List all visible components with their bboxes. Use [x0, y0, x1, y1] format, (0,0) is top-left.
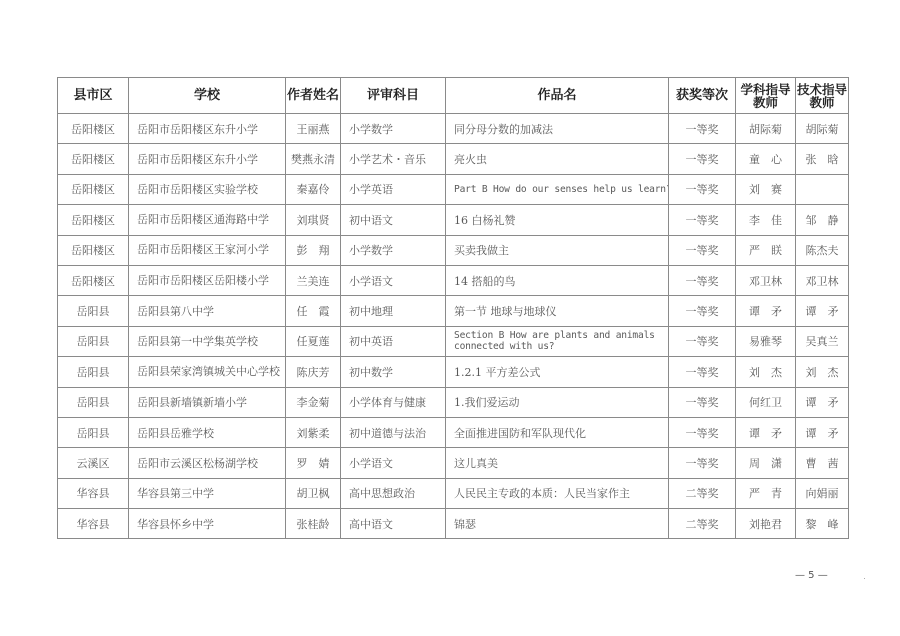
- cell-subject: 初中地理: [341, 296, 446, 326]
- cell-district: 岳阳楼区: [58, 235, 129, 265]
- award-results-table: 县市区 学校 作者姓名 评审科目 作品名 获奖等次 学科指导教师 技术指导教师 …: [57, 77, 849, 539]
- cell-award: 一等奖: [669, 114, 736, 144]
- table-header: 县市区 学校 作者姓名 评审科目 作品名 获奖等次 学科指导教师 技术指导教师: [58, 78, 849, 114]
- cell-subject-teacher: 李 佳: [736, 205, 796, 235]
- cell-school: 岳阳市岳阳楼区通海路中学: [129, 205, 286, 235]
- header-award-level: 获奖等次: [669, 78, 736, 114]
- cell-tech-teacher: 吴真兰: [796, 326, 849, 356]
- cell-award: 二等奖: [669, 478, 736, 508]
- cell-award: 一等奖: [669, 144, 736, 174]
- cell-author: 任 霞: [286, 296, 341, 326]
- cell-district: 岳阳县: [58, 387, 129, 417]
- table-row: 岳阳县 岳阳县岳雅学校 刘紫柔 初中道德与法治 全面推进国防和军队现代化 一等奖…: [58, 417, 849, 447]
- cell-tech-teacher: 谭 矛: [796, 296, 849, 326]
- cell-author: 樊燕永清: [286, 144, 341, 174]
- cell-author: 秦嘉伶: [286, 174, 341, 204]
- cell-subject: 高中语文: [341, 509, 446, 539]
- cell-subject: 小学语文: [341, 265, 446, 295]
- cell-subject-teacher: 谭 矛: [736, 296, 796, 326]
- cell-work-title: 16 白杨礼赞: [446, 205, 669, 235]
- cell-school: 岳阳市岳阳楼区东升小学: [129, 114, 286, 144]
- cell-subject: 初中数学: [341, 357, 446, 387]
- cell-district: 岳阳县: [58, 296, 129, 326]
- cell-work-title: 亮火虫: [446, 144, 669, 174]
- table-row: 岳阳楼区 岳阳市岳阳楼区岳阳楼小学 兰美连 小学语文 14 搭船的鸟 一等奖 邓…: [58, 265, 849, 295]
- header-author: 作者姓名: [286, 78, 341, 114]
- cell-school: 岳阳县第八中学: [129, 296, 286, 326]
- table-row: 岳阳楼区 岳阳市岳阳楼区王家河小学 彭 翔 小学数学 买卖我做主 一等奖 严 眹…: [58, 235, 849, 265]
- header-school: 学校: [129, 78, 286, 114]
- cell-subject: 小学语文: [341, 448, 446, 478]
- cell-district: 岳阳楼区: [58, 174, 129, 204]
- table-row: 岳阳楼区 岳阳市岳阳楼区通海路中学 刘琪贤 初中语文 16 白杨礼赞 一等奖 李…: [58, 205, 849, 235]
- cell-work-title: 这儿真美: [446, 448, 669, 478]
- table-row: 岳阳楼区 岳阳市岳阳楼区东升小学 王丽燕 小学数学 同分母分数的加减法 一等奖 …: [58, 114, 849, 144]
- cell-school: 岳阳县荣家湾镇城关中心学校: [129, 357, 286, 387]
- cell-subject-teacher: 何红卫: [736, 387, 796, 417]
- cell-author: 李金菊: [286, 387, 341, 417]
- cell-school: 岳阳市岳阳楼区东升小学: [129, 144, 286, 174]
- cell-author: 陈庆芳: [286, 357, 341, 387]
- cell-author: 彭 翔: [286, 235, 341, 265]
- scan-speck: [864, 578, 865, 579]
- cell-award: 一等奖: [669, 296, 736, 326]
- cell-tech-teacher: 邓卫林: [796, 265, 849, 295]
- cell-award: 一等奖: [669, 205, 736, 235]
- cell-award: 二等奖: [669, 509, 736, 539]
- cell-school: 岳阳县第一中学集英学校: [129, 326, 286, 356]
- cell-author: 胡卫枫: [286, 478, 341, 508]
- cell-work-title: 第一节 地球与地球仪: [446, 296, 669, 326]
- cell-author: 刘琪贤: [286, 205, 341, 235]
- cell-subject-teacher: 谭 矛: [736, 417, 796, 447]
- cell-subject: 小学英语: [341, 174, 446, 204]
- cell-subject: 小学体育与健康: [341, 387, 446, 417]
- header-work-title: 作品名: [446, 78, 669, 114]
- cell-school: 岳阳县岳雅学校: [129, 417, 286, 447]
- cell-subject-teacher: 周 潇: [736, 448, 796, 478]
- cell-award: 一等奖: [669, 265, 736, 295]
- cell-work-title: 买卖我做主: [446, 235, 669, 265]
- cell-district: 岳阳楼区: [58, 265, 129, 295]
- table-row: 云溪区 岳阳市云溪区松杨湖学校 罗 婧 小学语文 这儿真美 一等奖 周 潇 曹 …: [58, 448, 849, 478]
- cell-district: 岳阳楼区: [58, 144, 129, 174]
- cell-subject-teacher: 易雅琴: [736, 326, 796, 356]
- cell-district: 华容县: [58, 509, 129, 539]
- table-row: 岳阳县 岳阳县荣家湾镇城关中心学校 陈庆芳 初中数学 1.2.1 平方差公式 一…: [58, 357, 849, 387]
- table-row: 岳阳县 岳阳县新墙镇新墙小学 李金菊 小学体育与健康 1.我们爱运动 一等奖 何…: [58, 387, 849, 417]
- cell-work-title: 14 搭船的鸟: [446, 265, 669, 295]
- cell-subject-teacher: 严 青: [736, 478, 796, 508]
- cell-work-title: 锦瑟: [446, 509, 669, 539]
- cell-school: 岳阳县新墙镇新墙小学: [129, 387, 286, 417]
- cell-school: 岳阳市岳阳楼区岳阳楼小学: [129, 265, 286, 295]
- cell-subject-teacher: 严 眹: [736, 235, 796, 265]
- cell-work-title: 1.我们爱运动: [446, 387, 669, 417]
- cell-school: 岳阳市岳阳楼区王家河小学: [129, 235, 286, 265]
- table-row: 岳阳楼区 岳阳市岳阳楼区东升小学 樊燕永清 小学艺术・音乐 亮火虫 一等奖 童 …: [58, 144, 849, 174]
- cell-tech-teacher: 刘 杰: [796, 357, 849, 387]
- cell-author: 兰美连: [286, 265, 341, 295]
- cell-tech-teacher: 谭 矛: [796, 387, 849, 417]
- cell-award: 一等奖: [669, 235, 736, 265]
- cell-district: 岳阳县: [58, 417, 129, 447]
- cell-tech-teacher: 陈杰夫: [796, 235, 849, 265]
- cell-subject-teacher: 刘艳君: [736, 509, 796, 539]
- table-row: 岳阳县 岳阳县第八中学 任 霞 初中地理 第一节 地球与地球仪 一等奖 谭 矛 …: [58, 296, 849, 326]
- cell-award: 一等奖: [669, 326, 736, 356]
- header-tech-teacher: 技术指导教师: [796, 78, 849, 114]
- table-row: 华容县 华容县第三中学 胡卫枫 高中思想政治 人民民主专政的本质：人民当家作主 …: [58, 478, 849, 508]
- cell-subject: 小学数学: [341, 235, 446, 265]
- cell-tech-teacher: 谭 矛: [796, 417, 849, 447]
- cell-award: 一等奖: [669, 448, 736, 478]
- cell-author: 罗 婧: [286, 448, 341, 478]
- cell-tech-teacher: 曹 茜: [796, 448, 849, 478]
- cell-subject: 初中语文: [341, 205, 446, 235]
- cell-work-title: 1.2.1 平方差公式: [446, 357, 669, 387]
- table-row: 岳阳县 岳阳县第一中学集英学校 任夏莲 初中英语 Section B How a…: [58, 326, 849, 356]
- cell-subject: 小学艺术・音乐: [341, 144, 446, 174]
- cell-district: 岳阳楼区: [58, 205, 129, 235]
- cell-author: 任夏莲: [286, 326, 341, 356]
- cell-school: 华容县第三中学: [129, 478, 286, 508]
- cell-subject: 高中思想政治: [341, 478, 446, 508]
- cell-tech-teacher: 黎 峰: [796, 509, 849, 539]
- table-body: 岳阳楼区 岳阳市岳阳楼区东升小学 王丽燕 小学数学 同分母分数的加减法 一等奖 …: [58, 114, 849, 539]
- cell-school: 岳阳市云溪区松杨湖学校: [129, 448, 286, 478]
- cell-subject: 小学数学: [341, 114, 446, 144]
- table-row: 岳阳楼区 岳阳市岳阳楼区实验学校 秦嘉伶 小学英语 Part B How do …: [58, 174, 849, 204]
- cell-tech-teacher: 向娟丽: [796, 478, 849, 508]
- cell-author: 王丽燕: [286, 114, 341, 144]
- cell-subject: 初中英语: [341, 326, 446, 356]
- cell-district: 岳阳县: [58, 326, 129, 356]
- cell-subject-teacher: 刘 杰: [736, 357, 796, 387]
- cell-work-title: 人民民主专政的本质：人民当家作主: [446, 478, 669, 508]
- cell-award: 一等奖: [669, 357, 736, 387]
- cell-school: 岳阳市岳阳楼区实验学校: [129, 174, 286, 204]
- header-district: 县市区: [58, 78, 129, 114]
- cell-tech-teacher: [796, 174, 849, 204]
- cell-award: 一等奖: [669, 174, 736, 204]
- cell-award: 一等奖: [669, 417, 736, 447]
- header-subject-teacher: 学科指导教师: [736, 78, 796, 114]
- cell-district: 云溪区: [58, 448, 129, 478]
- cell-tech-teacher: 张 晗: [796, 144, 849, 174]
- cell-subject: 初中道德与法治: [341, 417, 446, 447]
- cell-subject-teacher: 童 心: [736, 144, 796, 174]
- cell-subject-teacher: 邓卫林: [736, 265, 796, 295]
- cell-district: 华容县: [58, 478, 129, 508]
- cell-author: 张桂龄: [286, 509, 341, 539]
- cell-tech-teacher: 邹 静: [796, 205, 849, 235]
- cell-award: 一等奖: [669, 387, 736, 417]
- cell-district: 岳阳县: [58, 357, 129, 387]
- header-subject: 评审科目: [341, 78, 446, 114]
- page-number: — 5 —: [795, 570, 828, 581]
- cell-work-title: 全面推进国防和军队现代化: [446, 417, 669, 447]
- cell-school: 华容县怀乡中学: [129, 509, 286, 539]
- cell-subject-teacher: 刘 赛: [736, 174, 796, 204]
- cell-tech-teacher: 胡际菊: [796, 114, 849, 144]
- cell-work-title: Part B How do our senses help us learn?: [446, 174, 669, 204]
- table-row: 华容县 华容县怀乡中学 张桂龄 高中语文 锦瑟 二等奖 刘艳君 黎 峰: [58, 509, 849, 539]
- cell-work-title: 同分母分数的加减法: [446, 114, 669, 144]
- cell-author: 刘紫柔: [286, 417, 341, 447]
- cell-district: 岳阳楼区: [58, 114, 129, 144]
- cell-subject-teacher: 胡际菊: [736, 114, 796, 144]
- cell-work-title: Section B How are plants and animals con…: [446, 326, 669, 356]
